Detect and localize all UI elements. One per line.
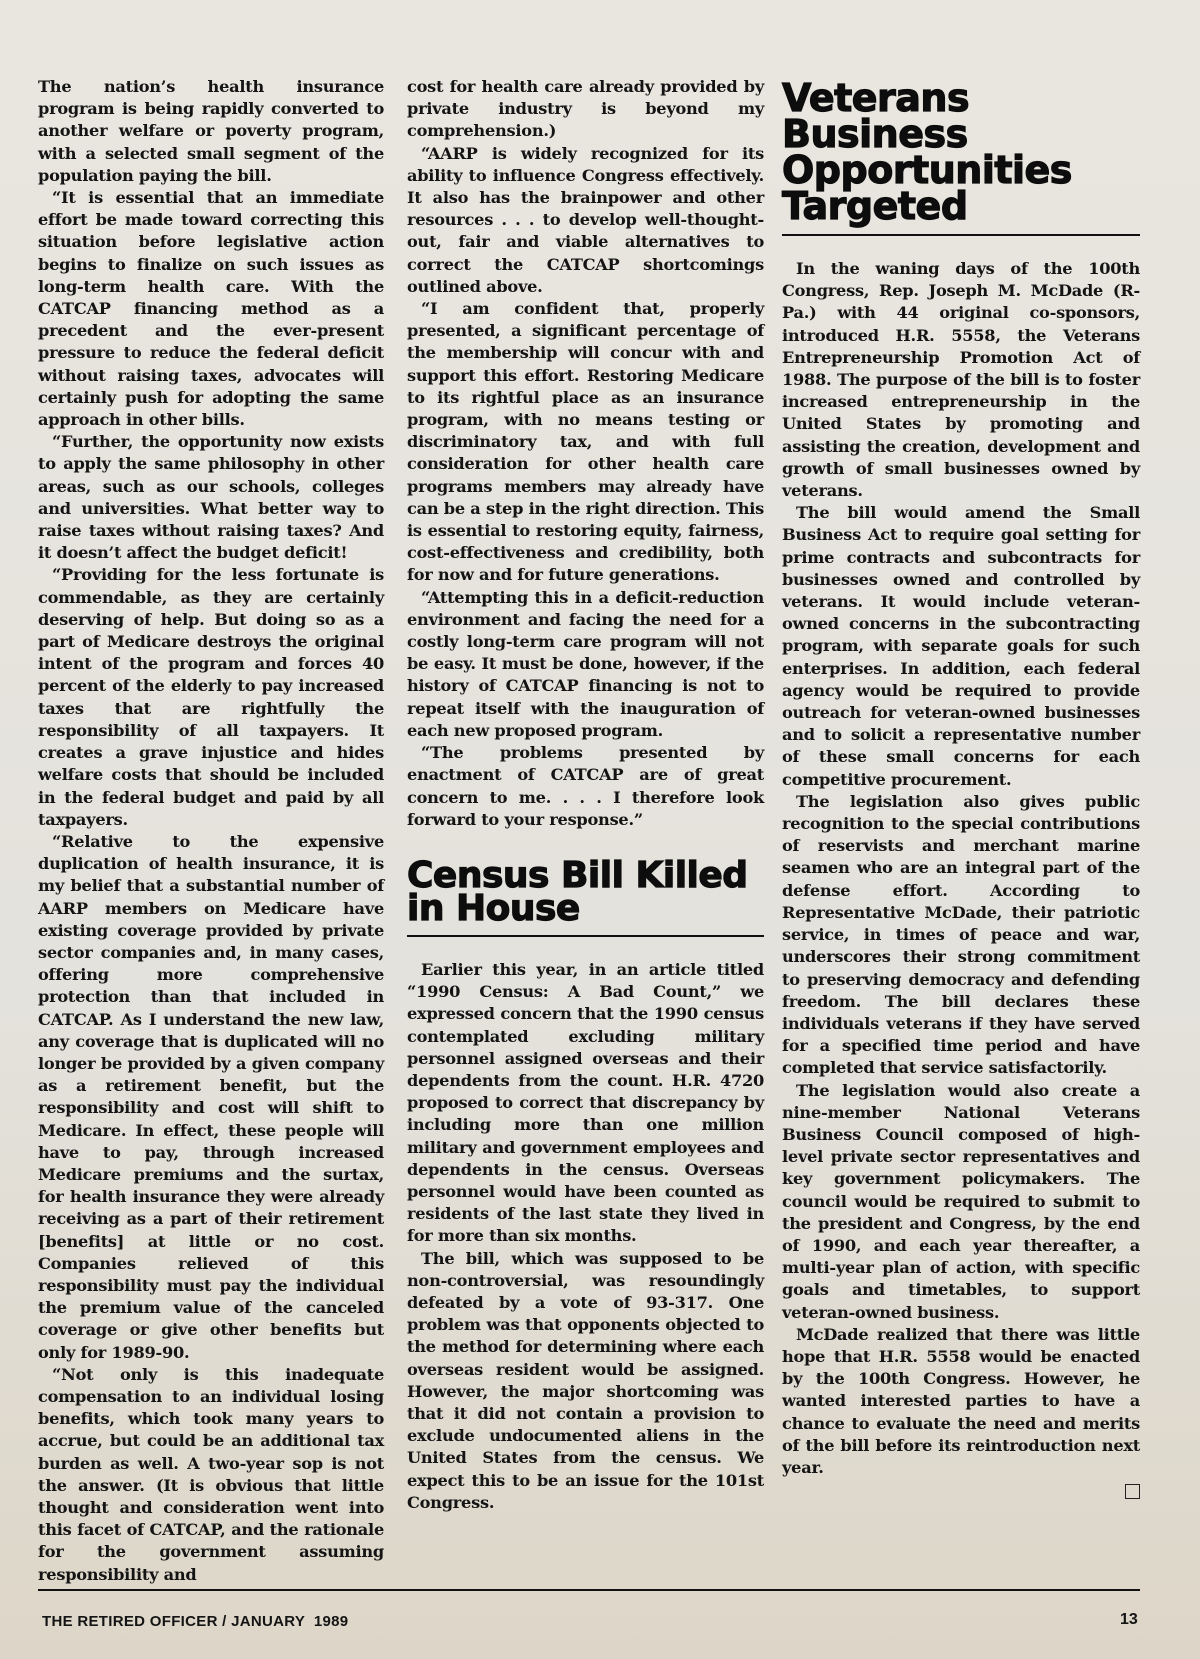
paragraph: “Attempting this in a deficit-reduction …: [407, 587, 764, 742]
paragraph: cost for health care already provided by…: [407, 76, 764, 143]
veterans-headline: Veterans Business Opportunities Targeted: [782, 80, 1140, 236]
paragraph: “Not only is this inadequate compensatio…: [38, 1364, 384, 1586]
paragraph: In the waning days of the 100th Congress…: [782, 258, 1140, 502]
right-column: Veterans Business Opportunities Targeted…: [782, 80, 1140, 1499]
paragraph: “Further, the opportunity now exists to …: [38, 431, 384, 564]
paragraph: “Relative to the expensive duplication o…: [38, 831, 384, 1364]
paragraph: The legislation would also create a nine…: [782, 1080, 1140, 1324]
paragraph: The nation’s health insurance program is…: [38, 76, 384, 187]
paragraph: “I am confident that, properly presented…: [407, 298, 764, 587]
left-column: The nation’s health insurance program is…: [38, 76, 384, 1586]
paragraph: “It is essential that an immediate effor…: [38, 187, 384, 431]
paragraph: “The problems presented by enactment of …: [407, 742, 764, 831]
footer-divider: [38, 1589, 1140, 1591]
paragraph: “AARP is widely recognized for its abili…: [407, 143, 764, 298]
publication-footer: THE RETIRED OFFICER / JANUARY 1989: [42, 1613, 348, 1630]
paragraph: “Providing for the less fortunate is com…: [38, 564, 384, 830]
census-headline: Census Bill Killed in House: [407, 859, 764, 937]
end-of-article-box-icon: [1125, 1484, 1140, 1499]
paragraph: McDade realized that there was little ho…: [782, 1324, 1140, 1479]
paragraph: Earlier this year, in an article titled …: [407, 959, 764, 1248]
paragraph: The bill would amend the Small Business …: [782, 502, 1140, 791]
page-number: 13: [1120, 1611, 1138, 1629]
middle-column: cost for health care already provided by…: [407, 76, 764, 1514]
paragraph: The legislation also gives public recogn…: [782, 791, 1140, 1080]
paragraph: The bill, which was supposed to be non-c…: [407, 1248, 764, 1514]
magazine-page: The nation’s health insurance program is…: [0, 0, 1200, 1659]
